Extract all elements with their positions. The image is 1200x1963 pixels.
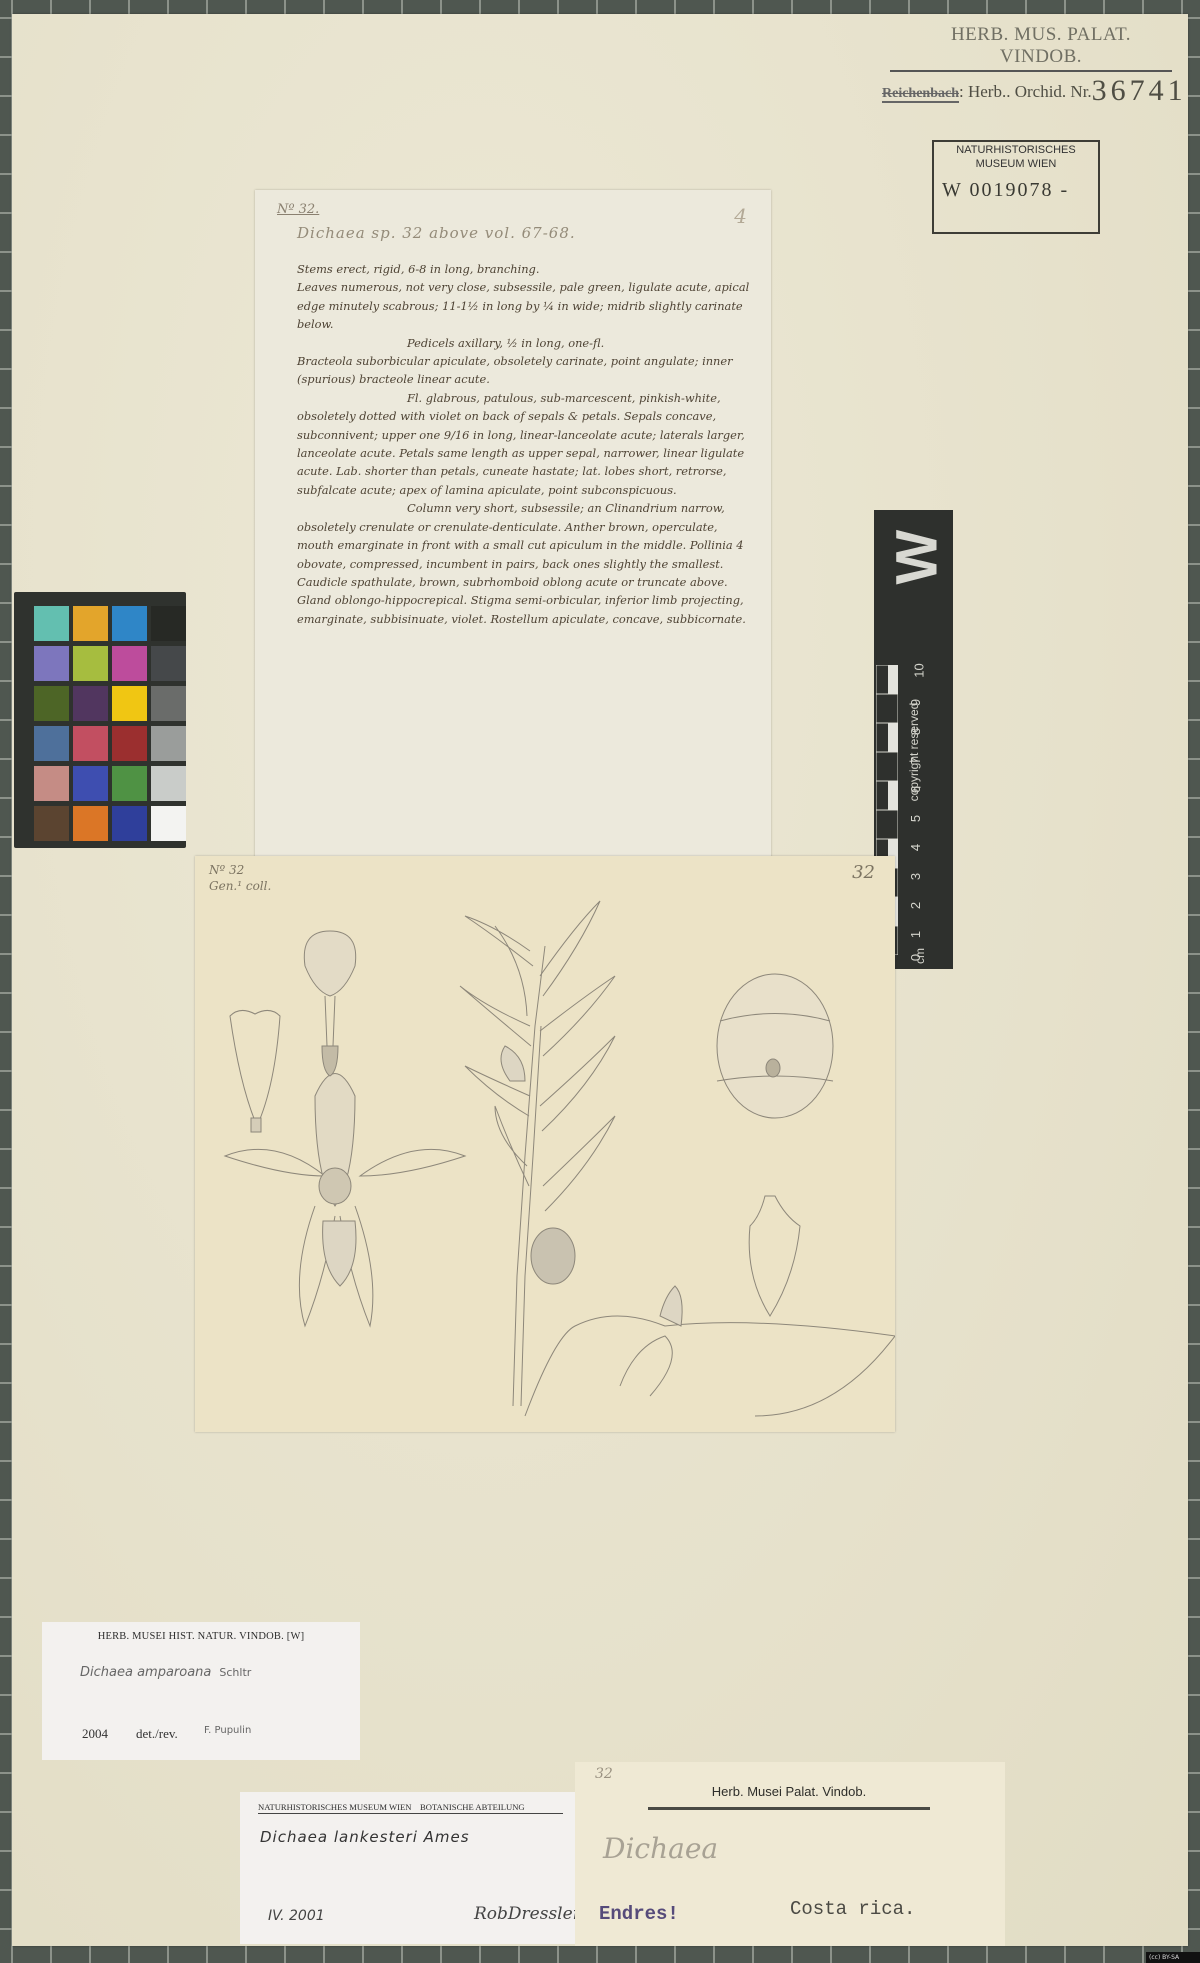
color-patch [73,726,108,761]
color-patch [34,806,69,841]
determiner-name: F. Pupulin [204,1725,251,1736]
original-label-card: 32 Herb. Musei Palat. Vindob. Dichaea En… [575,1762,1005,1946]
color-patch [73,686,108,721]
ruler-tick-label: 8 [908,728,923,735]
color-patch [151,726,186,761]
color-patch [73,766,108,801]
orchid-illustration-icon [195,856,895,1432]
ruler-tick-label: 6 [908,786,923,793]
museum-barcode-stamp: NATURHISTORISCHES MUSEUM WIEN W 0019078 … [932,140,1100,234]
notes-page-number: 4 [734,204,747,228]
color-patch [73,646,108,681]
color-patch [151,646,186,681]
color-patch [112,606,147,641]
license-badge[interactable]: (cc) BY-SA [1146,1952,1200,1963]
label-header: NATURHISTORISCHES MUSEUM WIEN BOTANISCHE… [258,1802,563,1814]
notes-paragraph: Bracteola suborbicular apiculate, obsole… [297,352,752,389]
color-patch [34,606,69,641]
notes-paragraph: Fl. glabrous, patulous, sub-marcescent, … [297,389,752,499]
ruler-tick-label: 2 [908,902,923,909]
color-patch [112,686,147,721]
color-checker-card [14,592,186,848]
ruler-tick-label: 1 [908,931,923,938]
color-patch [112,646,147,681]
notes-paragraph: Pedicels axillary, ½ in long, one-fl. [297,334,752,352]
color-patch [151,686,186,721]
taxon-name: Dichaea lankesteri Ames [260,1828,470,1846]
herbarium-sheet: HERB. MUS. PALAT. VINDOB. Reichenbach: H… [12,14,1188,1946]
determination-date: IV. 2001 [268,1908,325,1924]
notes-paragraph: Column very short, subsessile; an Clinan… [297,499,752,628]
stamp-herb-orchid: : Herb.. Orchid. Nr. [959,82,1092,101]
color-patch [34,646,69,681]
ruler-tick-label: 5 [908,815,923,822]
botanical-drawing: Nº 32 Gen.¹ coll. 32 [195,856,895,1432]
color-patch [112,766,147,801]
color-patch [112,726,147,761]
ruler-tick-label: 4 [908,844,923,851]
notes-title: Dichaea sp. 32 above vol. 67-68. [297,224,576,242]
struck-collection-name: Reichenbach [882,86,959,103]
stamp-accession: Reichenbach: Herb.. Orchid. Nr.36741 [882,74,1182,108]
determination-year: 2004 [82,1726,108,1742]
ruler-numbers: 10 9 8 7 6 5 4 3 2 1 0 [912,660,928,965]
determination-label-2004: HERB. MUSEI HIST. NATUR. VINDOB. [W] Dic… [42,1622,360,1760]
label-header: HERB. MUSEI HIST. NATUR. VINDOB. [W] [42,1631,360,1642]
stamp-title: HERB. MUS. PALAT. VINDOB. [890,24,1172,72]
color-patch [112,806,147,841]
color-patch [34,766,69,801]
determination-label-2001: NATURHISTORISCHES MUSEUM WIEN BOTANISCHE… [240,1792,581,1944]
ruler-tick-label: 7 [908,757,923,764]
ruler-tick-label: 10 [912,663,927,677]
locality: Costa rica. [790,1898,915,1920]
herbarium-stamp: HERB. MUS. PALAT. VINDOB. Reichenbach: H… [882,24,1182,108]
ruler-tick-label: 3 [908,873,923,880]
notes-paragraph: Leaves numerous, not very close, subsess… [297,278,752,333]
accession-number: 36741 [1092,74,1187,107]
ruler-unit: cm [913,948,927,964]
ruler-tick-label: 9 [908,699,923,706]
collector-name: Endres! [599,1903,679,1925]
genus-name: Dichaea [603,1832,718,1865]
taxon-author: Schltr [219,1666,251,1679]
det-rev-label: det./rev. [136,1726,178,1742]
notes-number: Nº 32. [277,202,319,217]
color-patch [34,726,69,761]
taxon-binomial: Dichaea amparoana [80,1665,211,1680]
label-header: Herb. Musei Palat. Vindob. [648,1784,930,1810]
color-patch [151,806,186,841]
color-patch [73,606,108,641]
w-logo: W [884,535,951,585]
barcode-number: W 0019078 - [942,179,1098,202]
color-patch [151,606,186,641]
color-patch [151,766,186,801]
color-patch [34,686,69,721]
color-patch [73,806,108,841]
label-number: 32 [595,1766,613,1782]
determiner-signature: RobDressler [474,1904,581,1924]
taxon-name: Dichaea amparoanaSchltr [80,1665,251,1680]
notes-paragraph: Stems erect, rigid, 6-8 in long, branchi… [297,260,752,278]
museum-name-line1: NATURHISTORISCHES [934,145,1098,156]
notes-body: Stems erect, rigid, 6-8 in long, branchi… [297,260,752,628]
museum-name-line2: MUSEUM WIEN [934,159,1098,170]
